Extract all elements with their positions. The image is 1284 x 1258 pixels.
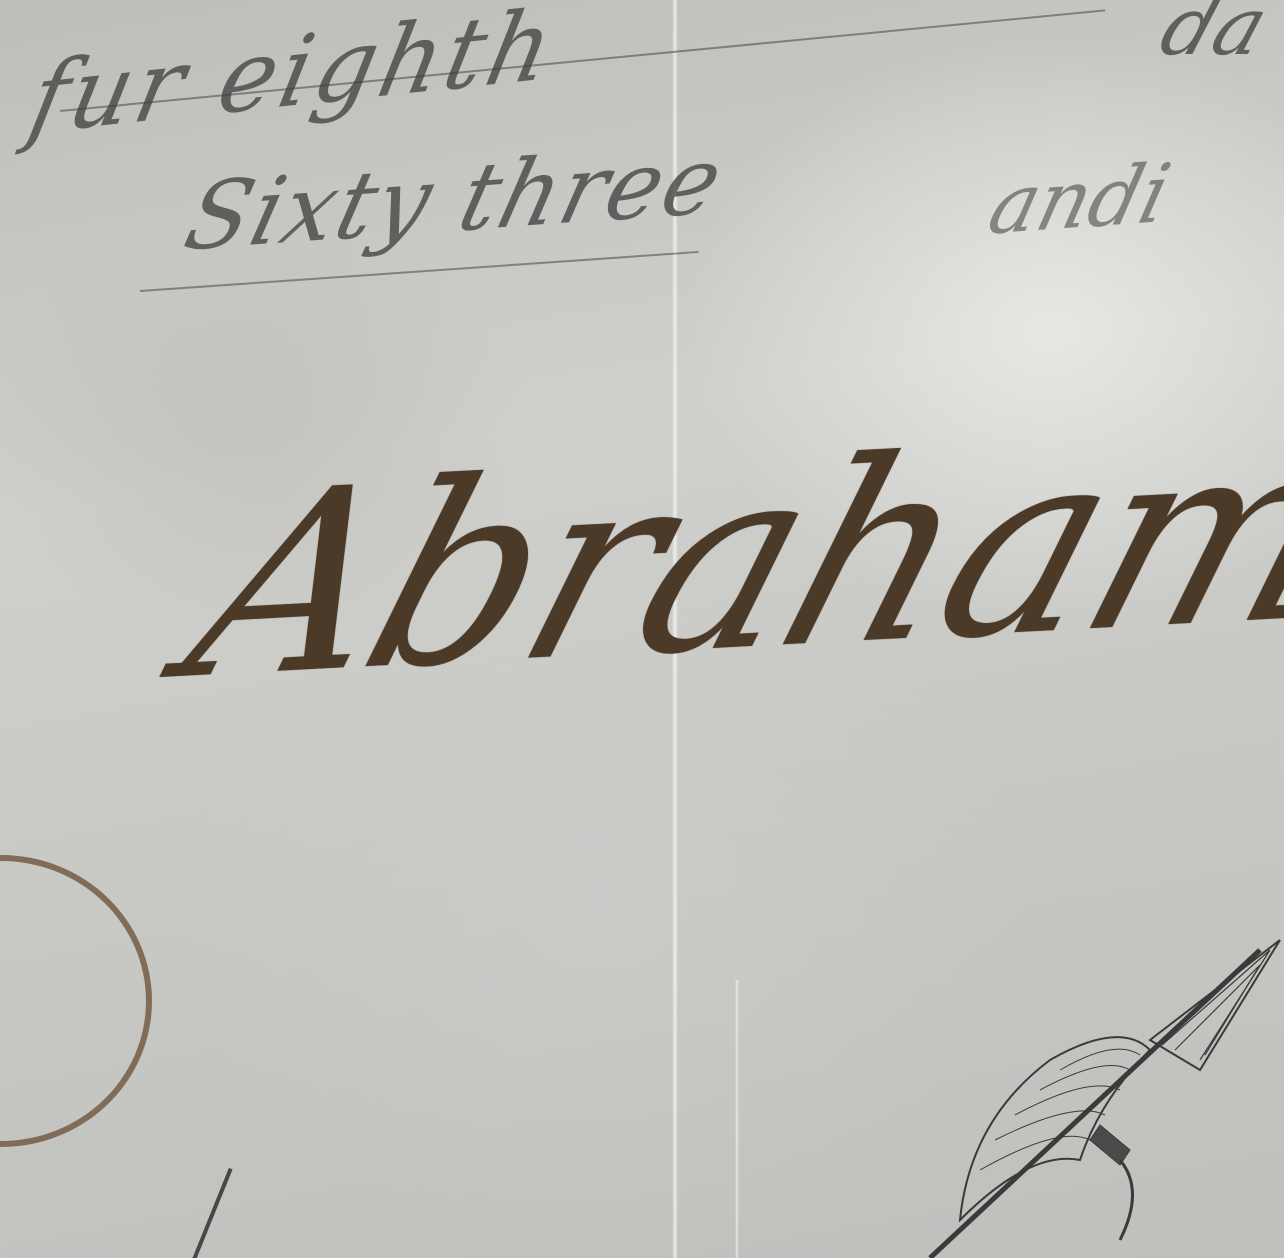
handwritten-line-1-fragment: da (1150, 0, 1279, 73)
handwritten-line-2-fragment: andi (980, 146, 1179, 253)
handwritten-line-2: Sixty three (175, 126, 735, 272)
document-paper: fur eighth da Sixty three andi Abraham (0, 0, 1284, 1258)
handwritten-line-1: fur eighth (20, 0, 567, 157)
pen-stroke (191, 1168, 232, 1258)
halberd-emblem-icon (900, 920, 1284, 1258)
paper-fold-crease-lower (735, 980, 739, 1258)
seal-arc-icon (0, 855, 152, 1147)
signature: Abraham (160, 381, 1284, 736)
